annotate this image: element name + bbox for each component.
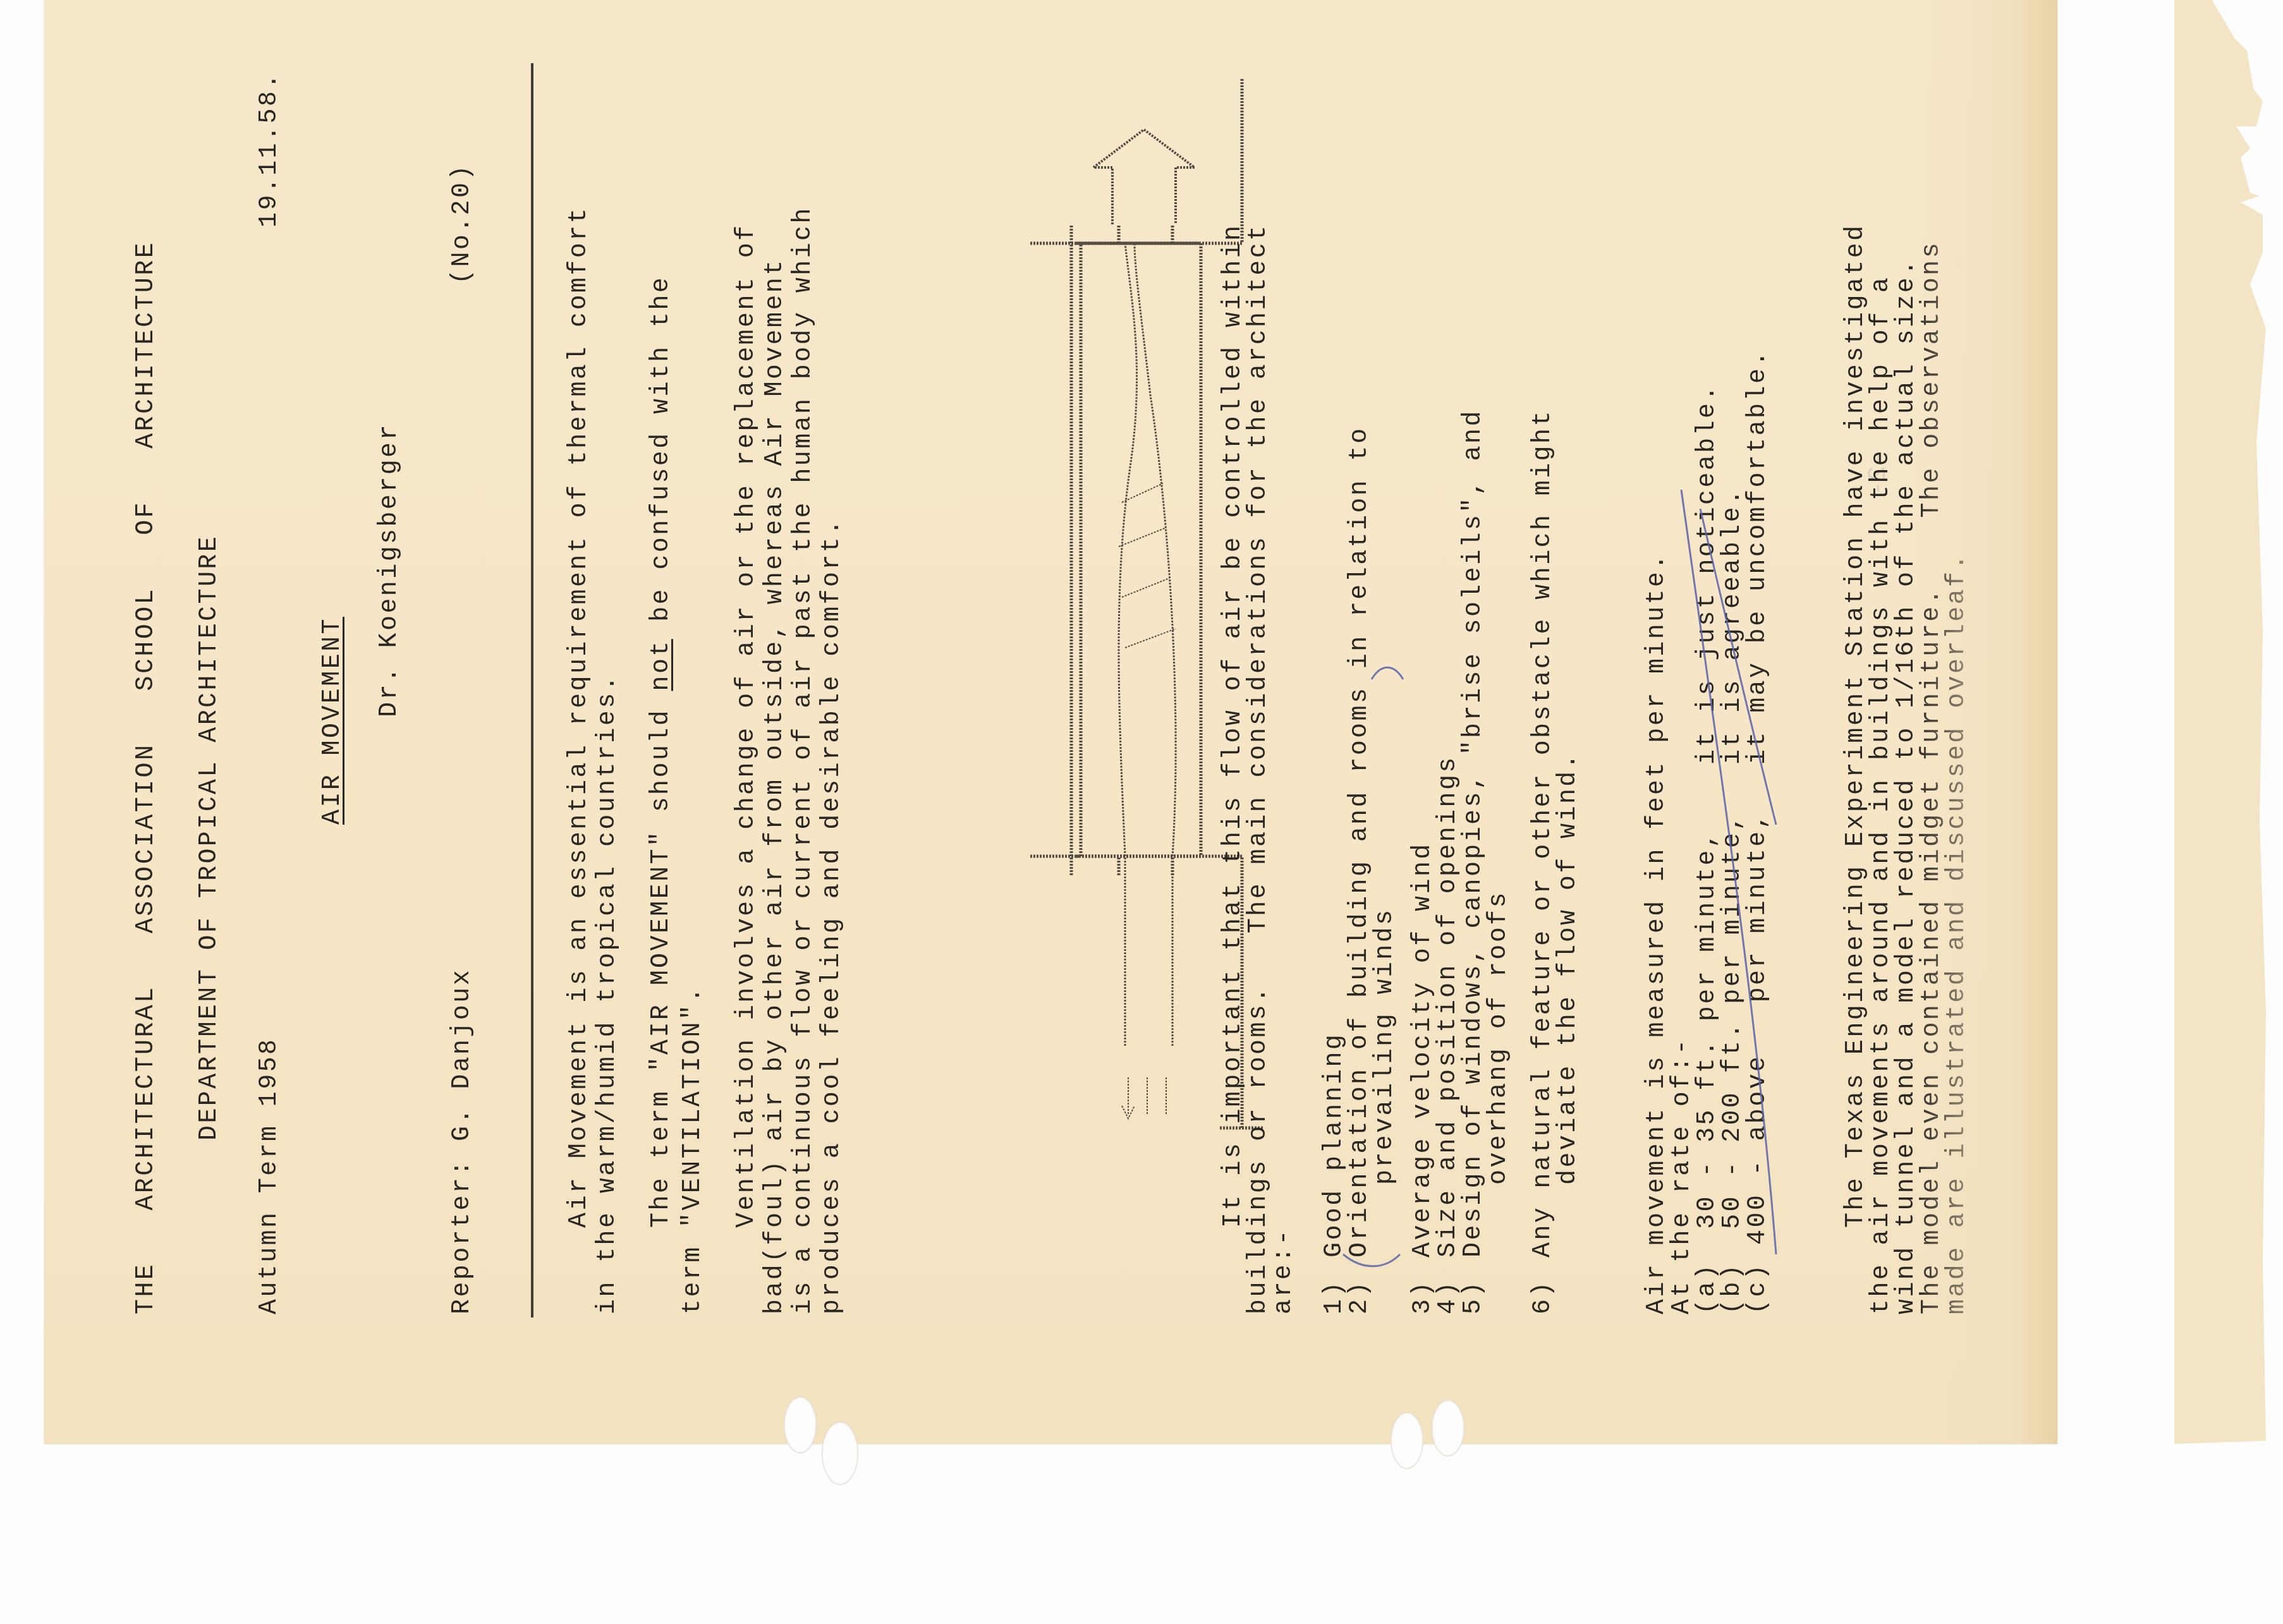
texas-line2: the air movements around and in building… bbox=[1868, 276, 1896, 1314]
header-divider bbox=[531, 63, 533, 1318]
para3-line1: Ventilation involves a change of air or … bbox=[733, 224, 761, 1314]
rotated-sheet: -2- THE ARCHITECTURAL ASSOCIATION SCHOOL… bbox=[0, 0, 2283, 1624]
department-heading: DEPARTMENT OF TROPICAL ARCHITECTURE bbox=[196, 535, 224, 1141]
punch-hole bbox=[1391, 1412, 1423, 1469]
texas-line5: made are illustrated and discussed overl… bbox=[1944, 552, 1971, 1314]
para3-line2: bad(foul) air by other air from outside,… bbox=[762, 258, 789, 1314]
consideration-5-text: Design of windows, canopies, "brise sole… bbox=[1460, 409, 1488, 1257]
texas-line4: The model even contained midget furnitur… bbox=[1918, 241, 1946, 1314]
consideration-5-num: 5) bbox=[1460, 1280, 1488, 1314]
document-number: (No.20) bbox=[449, 163, 477, 284]
rate-c-label: (c) bbox=[1744, 1263, 1772, 1314]
para1-line1: Air Movement is an essential requirement… bbox=[566, 206, 594, 1314]
consideration-6-num: 6) bbox=[1530, 1280, 1557, 1314]
consideration-3-text: Average velocity of wind bbox=[1409, 842, 1437, 1257]
torn-paper-edge bbox=[2174, 0, 2283, 1447]
para3-line4: produces a cool feeling and desirable co… bbox=[819, 518, 846, 1314]
punch-hole bbox=[1432, 1400, 1464, 1457]
punch-hole bbox=[784, 1397, 817, 1453]
consideration-6-text: Any natural feature or other obstacle wh… bbox=[1530, 409, 1557, 1257]
consideration-2-num: 2) bbox=[1346, 1280, 1374, 1314]
institution-heading: THE ARCHITECTURAL ASSOCIATION SCHOOL OF … bbox=[133, 241, 161, 1314]
texas-line3: wind tunnel and a model reduced to 1/16t… bbox=[1893, 258, 1921, 1314]
pen-bracket-annotation bbox=[1337, 641, 1406, 1273]
consideration-4-text: Size and position of openings bbox=[1435, 755, 1463, 1257]
para3-line3: is a continuous flow or current of air p… bbox=[790, 206, 818, 1314]
pen-strike-annotation bbox=[1662, 445, 1789, 1267]
typewritten-page: -2- THE ARCHITECTURAL ASSOCIATION SCHOOL… bbox=[44, 0, 2057, 1444]
consideration-3-num: 3) bbox=[1409, 1280, 1437, 1314]
consideration-6-cont: deviate the flow of wind. bbox=[1555, 752, 1583, 1185]
para1-line2: in the warm/humid tropical countries. bbox=[594, 674, 622, 1314]
para4-line1: It is important that this flow of air be… bbox=[1220, 224, 1248, 1314]
consideration-5-cont: overhang of roofs bbox=[1485, 890, 1513, 1185]
term-label: Autumn Term 1958 bbox=[256, 1038, 284, 1314]
texas-line1: The Texas Engineering Experiment Station… bbox=[1842, 224, 1870, 1314]
para2-line2: term "VENTILATION". bbox=[679, 985, 707, 1314]
para4-line2: buildings or rooms. The main considerati… bbox=[1245, 224, 1273, 1314]
rate-b-label: (b) bbox=[1719, 1263, 1747, 1314]
lecturer-name: Dr. Koenigsberger bbox=[376, 423, 404, 717]
document-title: AIR MOVEMENT bbox=[319, 617, 347, 825]
para4-line3: are:- bbox=[1270, 1228, 1298, 1314]
reporter-name: Reporter: G. Danjoux bbox=[449, 968, 477, 1314]
para2-line1: The term "AIR MOVEMENT" should not be co… bbox=[648, 276, 676, 1314]
emphasis-not: not bbox=[647, 639, 676, 691]
consideration-1-num: 1) bbox=[1321, 1280, 1349, 1314]
date-label: 19.11.58. bbox=[256, 71, 284, 227]
rate-a-label: (a) bbox=[1694, 1263, 1722, 1314]
punch-hole bbox=[822, 1422, 858, 1485]
consideration-4-num: 4) bbox=[1435, 1280, 1463, 1314]
